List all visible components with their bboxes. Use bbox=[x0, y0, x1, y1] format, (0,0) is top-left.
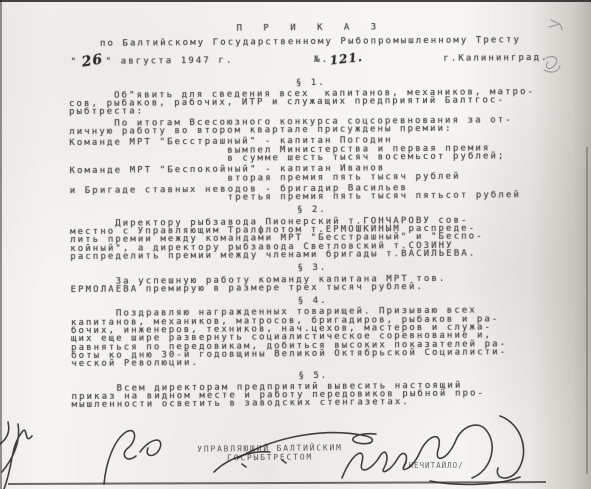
ink-scribble-left-edge bbox=[0, 422, 32, 489]
section-3-marker: § 3. bbox=[70, 262, 554, 275]
organization-line: по Балтийскому Государственному Рыбопром… bbox=[68, 36, 552, 49]
typed-content: П Р И К А З по Балтийскому Государственн… bbox=[68, 22, 555, 413]
section-4-marker: § 4. bbox=[71, 295, 555, 308]
city-label: г.Калининград. bbox=[443, 54, 548, 63]
date-text: августа 1947 г. bbox=[113, 56, 233, 67]
handwritten-number: 121. bbox=[330, 57, 363, 61]
section-5-marker: § 5. bbox=[71, 369, 555, 382]
section-2-paragraph-1: Директору рыбзавода Пионерский т.ГОНЧАРО… bbox=[70, 216, 554, 262]
open-quote: " bbox=[71, 57, 79, 67]
section-4-paragraph-1: Поздравляю награжденных товарищей. Призы… bbox=[71, 306, 555, 368]
page-edge-right bbox=[586, 147, 588, 475]
section-3-paragraph-1: За успешную работу команду капитана МРТ … bbox=[71, 273, 555, 294]
section-1-award-2: Команде МРТ "Беспокойный" - капитан Иван… bbox=[70, 163, 554, 184]
scanned-order-document: П Р И К А З по Балтийскому Государственн… bbox=[0, 0, 591, 489]
date-field: "26" августа 1947 г. bbox=[71, 57, 234, 67]
page-edge-bottom bbox=[8, 481, 546, 485]
ink-main-signature-loop bbox=[497, 416, 523, 478]
handwritten-day: 26 bbox=[81, 59, 102, 63]
section-2-marker: § 2. bbox=[70, 204, 554, 217]
document-title: П Р И К А З bbox=[68, 22, 552, 35]
order-number: №.121. bbox=[314, 56, 362, 65]
section-1-award-3: и Бригаде ставных неводов - бригадир Вас… bbox=[70, 183, 554, 204]
page-edge-top bbox=[0, 0, 591, 2]
section-1-paragraph-1: Об"явить для сведения всех капитанов, ме… bbox=[69, 88, 553, 117]
signatory-position-line-2: ГОСРЫБТРЕСТОМ bbox=[150, 452, 390, 464]
section-5-paragraph-1: Всем директорам предприятий вывесить нас… bbox=[71, 381, 555, 410]
section-1-paragraph-2: По итогам Всесоюзного конкурса соцсоревн… bbox=[69, 116, 553, 137]
signatory-name: /НЕЧИТАЙЛО/ bbox=[403, 461, 464, 470]
number-prefix: №. bbox=[314, 55, 329, 65]
date-line: "26" августа 1947 г. №.121. г.Калинингра… bbox=[71, 49, 549, 67]
page-edge-left bbox=[0, 0, 2, 489]
section-1-award-1: Команде МРТ "Бесстрашный" - капитан Пого… bbox=[69, 135, 553, 164]
close-quote: " bbox=[106, 57, 114, 67]
signature-title-block: УПРАВЛЯЮЩИЙ БАЛТИЙСКИМ ГОСРЫБТРЕСТОМ bbox=[150, 443, 390, 464]
